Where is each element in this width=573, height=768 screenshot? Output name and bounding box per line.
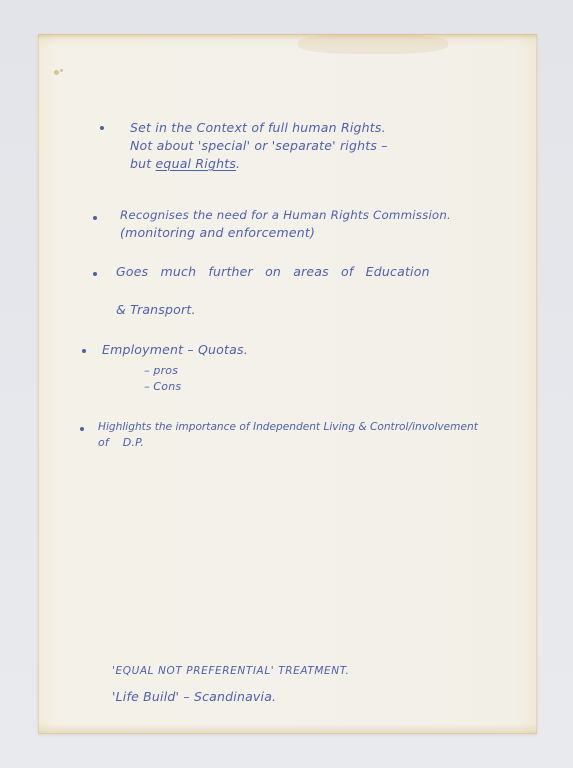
footer-note: 'Life Build' – Scandinavia. xyxy=(112,689,276,704)
note-line: Not about 'special' or 'separate' rights… xyxy=(130,138,388,153)
note-subitem: – pros xyxy=(144,363,178,378)
note-line: Recognises the need for a Human Rights C… xyxy=(120,208,451,223)
note-text: but xyxy=(130,156,151,171)
paper-stain xyxy=(60,69,63,72)
note-line: Employment – Quotas. xyxy=(102,342,248,357)
bullet-point-icon xyxy=(100,126,104,130)
footer-note: 'EQUAL NOT PREFERENTIAL' TREATMENT. xyxy=(112,664,349,679)
note-line: & Transport. xyxy=(116,302,196,317)
paper-stain xyxy=(54,70,59,75)
note-punctuation: . xyxy=(236,156,240,171)
bullet-point-icon xyxy=(82,349,86,353)
note-line: of D.P. xyxy=(98,435,144,450)
bullet-point-icon xyxy=(93,216,97,220)
bullet-point-icon xyxy=(80,427,84,431)
note-line: but equal Rights. xyxy=(130,156,240,171)
note-line: Set in the Context of full human Rights. xyxy=(130,120,386,135)
bullet-point-icon xyxy=(93,272,97,276)
note-line: Highlights the importance of Independent… xyxy=(98,420,478,435)
underlined-phrase: equal Rights xyxy=(156,156,236,171)
note-line: Goes much further on areas of Education xyxy=(116,264,430,279)
paper-discoloration xyxy=(298,34,448,54)
note-subitem: – Cons xyxy=(144,379,181,394)
handwritten-page: Set in the Context of full human Rights.… xyxy=(38,34,537,734)
note-line: (monitoring and enforcement) xyxy=(120,225,315,240)
